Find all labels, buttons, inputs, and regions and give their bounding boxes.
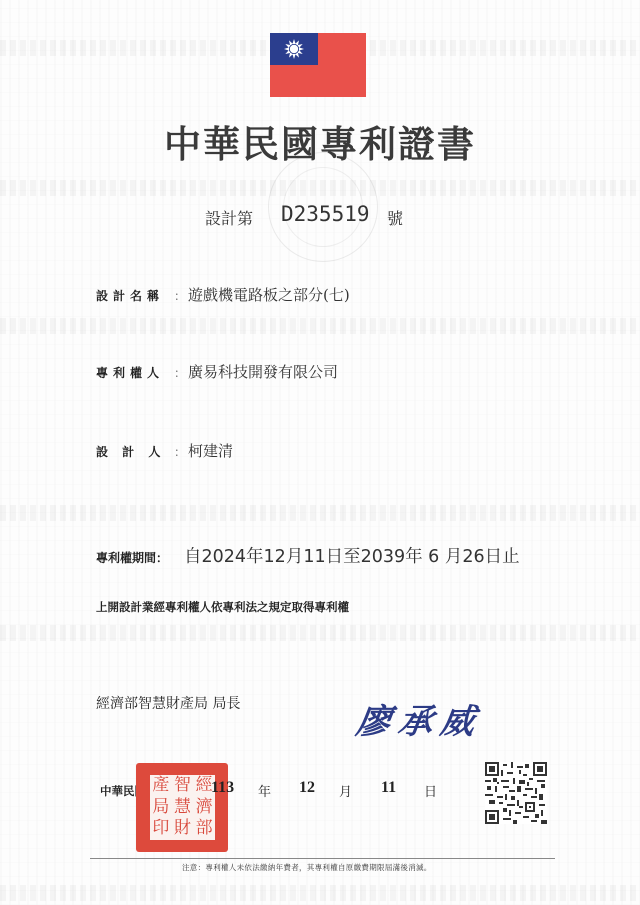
background-band <box>0 505 640 521</box>
white-sun-icon <box>282 38 306 60</box>
background-band <box>0 625 640 641</box>
director-signature: 廖承威 <box>354 694 487 743</box>
annuity-notice: 注意：專利權人未依法繳納年費者，其專利權自原繳費期限屆滿後消滅。 <box>182 862 432 873</box>
issue-month: 12 <box>299 779 315 797</box>
qr-code-icon[interactable] <box>485 762 547 824</box>
seal-char: 濟 <box>193 797 215 819</box>
issue-month-unit: 月 <box>339 781 352 800</box>
seal-char: 局 <box>150 797 172 819</box>
roc-flag-icon <box>270 33 366 97</box>
official-seal-icon: 經 智 產 濟 慧 局 部 財 印 <box>136 763 228 852</box>
patent-number-prefix: 設計第 <box>205 206 253 229</box>
seal-char: 慧 <box>172 797 194 819</box>
document-title: 中華民國專利證書 <box>150 114 490 168</box>
footer-divider <box>90 858 555 859</box>
issue-day: 11 <box>381 779 396 797</box>
issuing-authority: 經濟部智慧財產局 局長 <box>96 693 240 713</box>
grant-statement: 上開設計業經專利權人依專利法之規定取得專利權 <box>96 599 349 615</box>
field-colon: ： <box>174 364 186 381</box>
field-value: 遊戲機電路板之部分(七) <box>188 284 350 305</box>
field-label: 設計名稱 <box>96 287 174 304</box>
field-patentee: 專利權人 ： 廣易科技開發有限公司 <box>96 361 338 382</box>
issue-year-unit: 年 <box>258 781 271 800</box>
patent-term: 專利權期間： 自2024年12月11日至2039年 6 月26日止 <box>96 543 520 568</box>
field-label: 專利權人 <box>96 364 174 381</box>
issue-year: 113 <box>211 779 234 797</box>
issue-day-unit: 日 <box>424 781 437 800</box>
field-designer: 設 計 人 ： 柯建清 <box>96 440 233 461</box>
field-value: 柯建清 <box>188 440 233 461</box>
patent-number: D235519 <box>281 202 370 226</box>
background-band <box>0 318 640 334</box>
field-label: 設 計 人 <box>96 443 174 460</box>
seal-char: 產 <box>150 775 172 797</box>
seal-char: 智 <box>172 775 194 797</box>
seal-char: 印 <box>150 818 172 840</box>
patent-number-suffix: 號 <box>387 206 403 229</box>
field-colon: ： <box>174 287 186 304</box>
field-value: 廣易科技開發有限公司 <box>188 361 338 382</box>
term-label: 專利權期間： <box>96 549 168 566</box>
field-colon: ： <box>174 443 186 460</box>
seal-char: 部 <box>193 818 215 840</box>
term-value: 自2024年12月11日至2039年 6 月26日止 <box>184 543 520 568</box>
seal-char: 財 <box>172 818 194 840</box>
field-design-name: 設計名稱 ： 遊戲機電路板之部分(七) <box>96 284 350 305</box>
seal-inner: 經 智 產 濟 慧 局 部 財 印 <box>150 775 215 840</box>
background-band <box>0 885 640 901</box>
